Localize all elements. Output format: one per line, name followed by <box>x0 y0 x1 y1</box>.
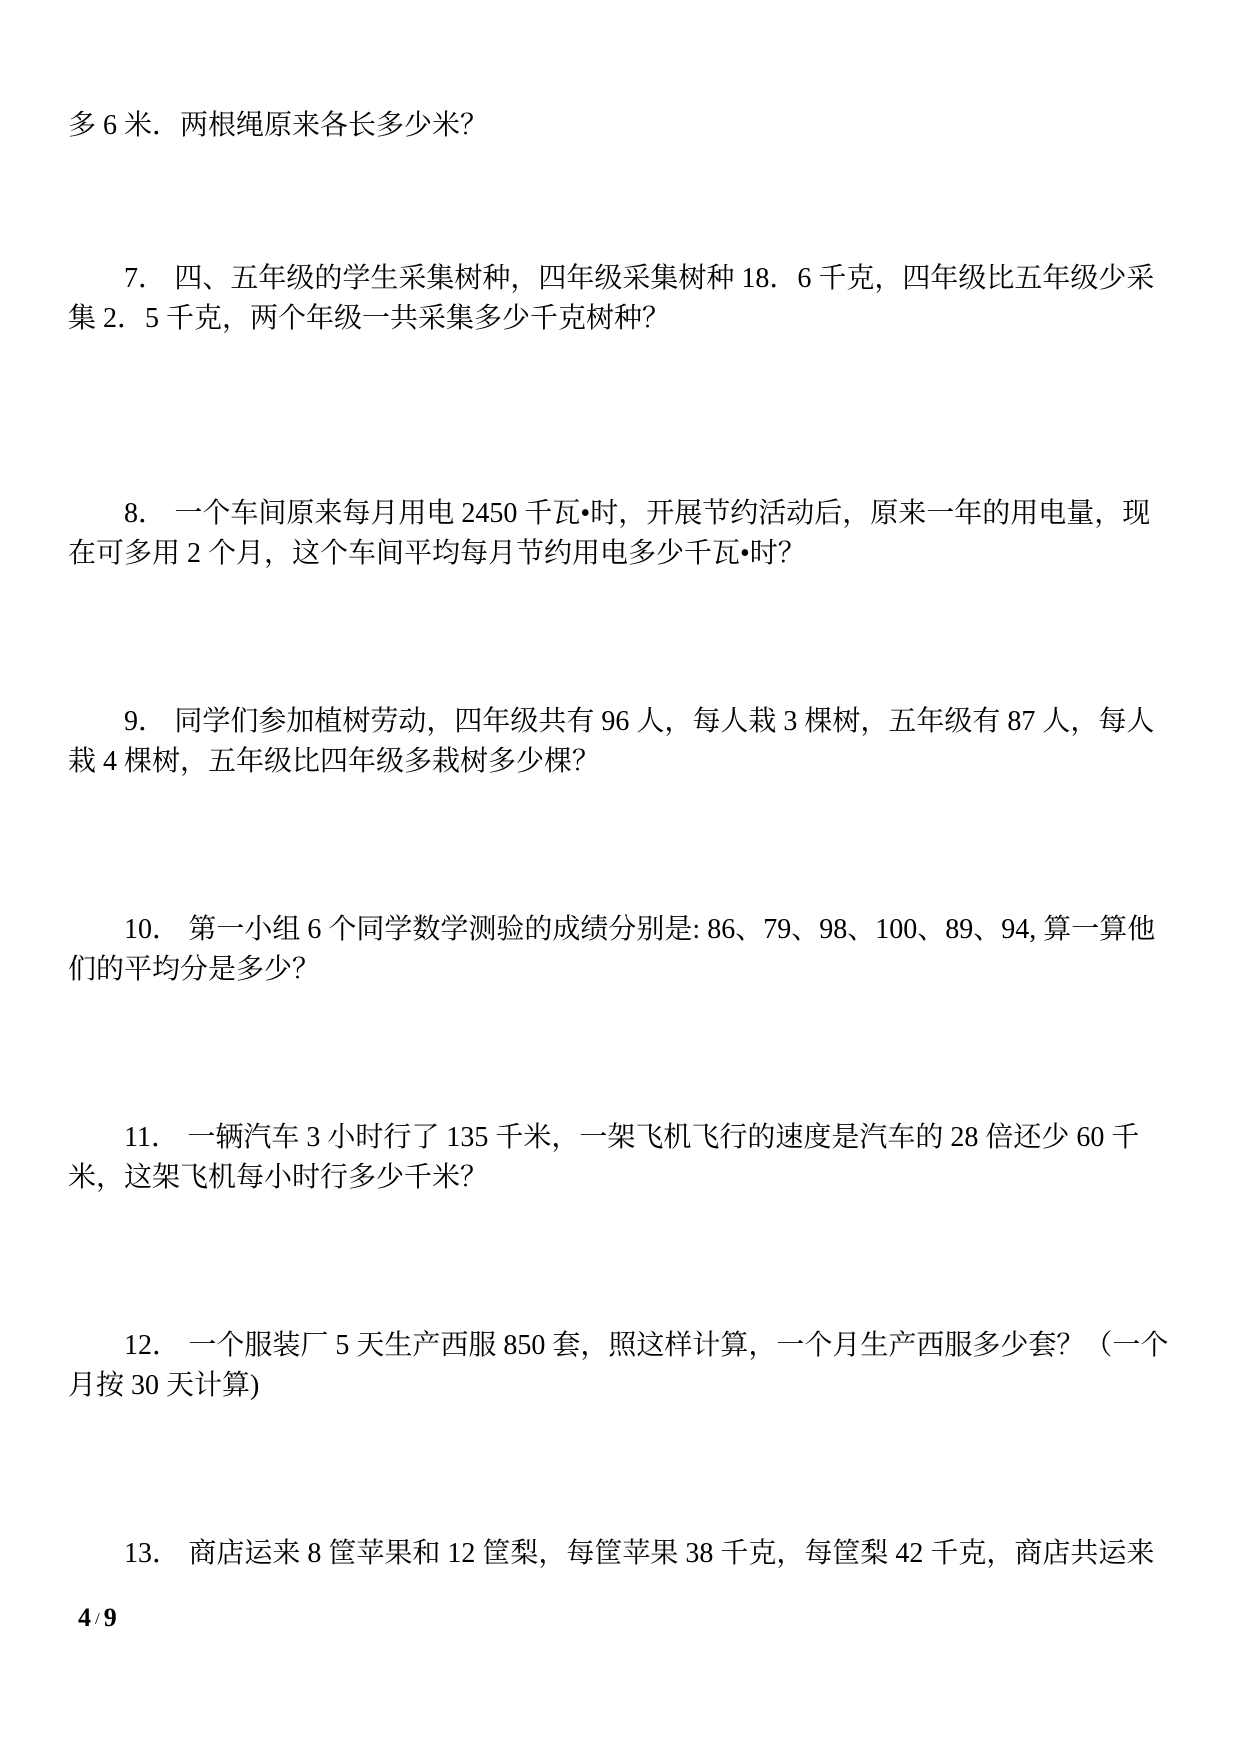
problem-9: 9．同学们参加植树劳动，四年级共有 96 人，每人栽 3 棵树，五年级有 87 … <box>68 702 1175 782</box>
problem-8: 8．一个车间原来每月用电 2450 千瓦•时，开展节约活动后，原来一年的用电量，… <box>68 494 1175 574</box>
page-number-separator: / <box>91 1609 104 1628</box>
problem-13-number: 13． <box>124 1538 180 1569</box>
problem-8-number: 8． <box>124 498 166 529</box>
problem-12-text: 一个服装厂 5 天生产西服 850 套，照这样计算，一个月生产西服多少套？（一个… <box>68 1330 1168 1401</box>
problem-7-text: 四、五年级的学生采集树种，四年级采集树种 18．6 千克，四年级比五年级少采集 … <box>68 263 1154 334</box>
problem-10-text: 第一小组 6 个同学数学测验的成绩分别是: 86、79、98、100、89、94… <box>68 914 1155 985</box>
continuation-line: 多 6 米．两根绳原来各长多少米？ <box>68 106 1175 146</box>
problem-10: 10．第一小组 6 个同学数学测验的成绩分别是: 86、79、98、100、89… <box>68 910 1175 990</box>
problem-10-number: 10． <box>124 914 180 945</box>
page-number-footer: 4/9 <box>78 1602 117 1635</box>
problem-13-text: 商店运来 8 筐苹果和 12 筐梨，每筐苹果 38 千克，每筐梨 42 千克，商… <box>188 1538 1154 1569</box>
current-page-number: 4 <box>78 1603 91 1632</box>
problem-7: 7．四、五年级的学生采集树种，四年级采集树种 18．6 千克，四年级比五年级少采… <box>68 259 1175 339</box>
problem-13: 13．商店运来 8 筐苹果和 12 筐梨，每筐苹果 38 千克，每筐梨 42 千… <box>68 1534 1175 1574</box>
problem-11-number: 11． <box>124 1122 179 1153</box>
problem-11: 11．一辆汽车 3 小时行了 135 千米，一架飞机飞行的速度是汽车的 28 倍… <box>68 1118 1175 1198</box>
problem-9-number: 9． <box>124 706 166 737</box>
worksheet-page: 多 6 米．两根绳原来各长多少米？ 7．四、五年级的学生采集树种，四年级采集树种… <box>0 0 1241 1754</box>
problem-11-text: 一辆汽车 3 小时行了 135 千米，一架飞机飞行的速度是汽车的 28 倍还少 … <box>68 1122 1139 1193</box>
problem-8-text: 一个车间原来每月用电 2450 千瓦•时，开展节约活动后，原来一年的用电量，现在… <box>68 498 1150 569</box>
problem-7-number: 7． <box>124 263 166 294</box>
problem-12: 12．一个服装厂 5 天生产西服 850 套，照这样计算，一个月生产西服多少套？… <box>68 1326 1175 1406</box>
problem-12-number: 12． <box>124 1330 180 1361</box>
total-page-count: 9 <box>104 1603 117 1632</box>
problem-9-text: 同学们参加植树劳动，四年级共有 96 人，每人栽 3 棵树，五年级有 87 人，… <box>68 706 1154 777</box>
